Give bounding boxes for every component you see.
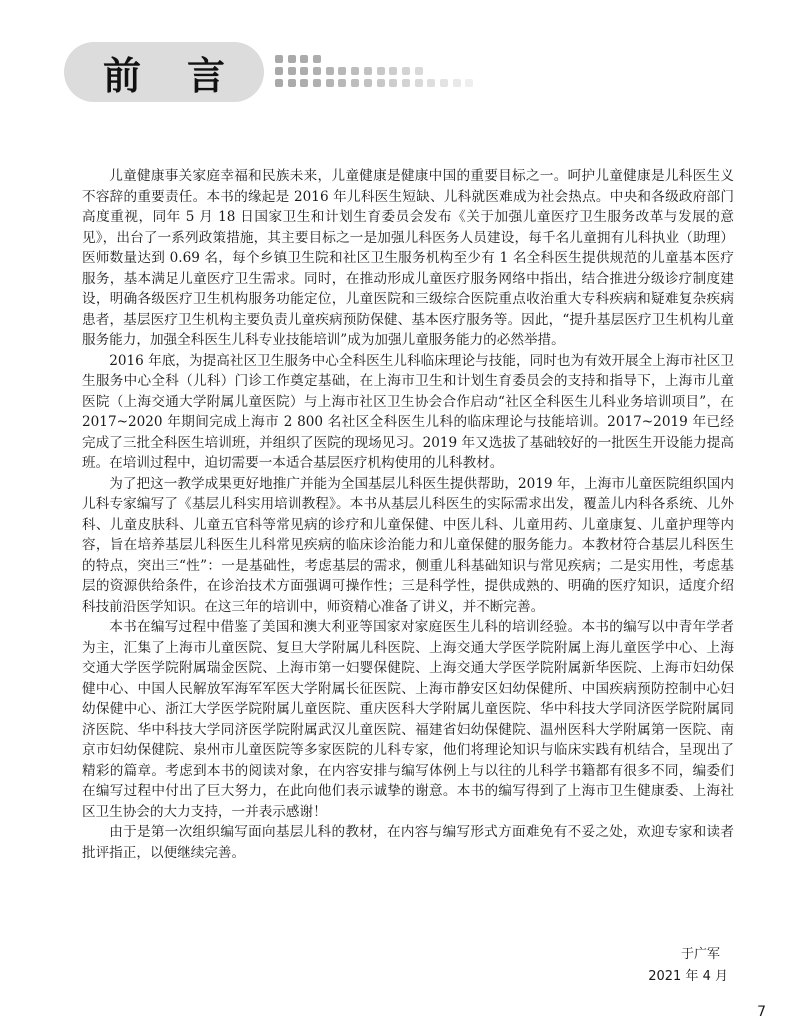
- dot: [288, 79, 296, 87]
- dot: [300, 67, 308, 75]
- page-title-char-1: 前: [103, 45, 141, 100]
- author-name: 于广军: [648, 944, 728, 966]
- dot: [288, 67, 296, 75]
- dot: [453, 79, 461, 87]
- dot: [415, 67, 423, 75]
- dot: [275, 55, 283, 63]
- dot-row: [275, 55, 473, 63]
- dot: [351, 67, 359, 75]
- dot: [465, 79, 473, 87]
- dot: [275, 67, 283, 75]
- signature-block: 于广军 2021 年 4 月: [648, 944, 728, 988]
- signature-date: 2021 年 4 月: [648, 966, 728, 988]
- paragraph-3: 为了把这一教学成果更好地推广并能为全国基层儿科医生提供帮助，2019 年，上海市…: [82, 474, 734, 618]
- dot: [338, 79, 346, 87]
- dot: [377, 79, 385, 87]
- dot: [313, 67, 321, 75]
- dot: [440, 79, 448, 87]
- dot: [415, 79, 423, 87]
- dot: [364, 67, 372, 75]
- dot-row: [275, 67, 473, 75]
- paragraph-1: 儿童健康事关家庭幸福和民族未来，儿童健康是健康中国的重要目标之一。呵护儿童健康是…: [82, 166, 734, 351]
- dot: [326, 79, 334, 87]
- dot: [377, 67, 385, 75]
- dot: [338, 67, 346, 75]
- dot: [427, 79, 435, 87]
- dot: [313, 79, 321, 87]
- dot: [389, 67, 397, 75]
- dot: [300, 79, 308, 87]
- dot: [288, 55, 296, 63]
- dot: [364, 79, 372, 87]
- page-title-char-2: 言: [187, 45, 225, 100]
- page-number: 7: [757, 1004, 766, 1020]
- dot: [402, 67, 410, 75]
- dot-row: [275, 79, 473, 87]
- dot: [402, 79, 410, 87]
- paragraph-4: 本书在编写过程中借鉴了美国和澳大利亚等国家对家庭医生儿科的培训经验。本书的编写以…: [82, 617, 734, 822]
- page-title: 前 言: [64, 42, 264, 102]
- paragraph-2: 2016 年底，为提高社区卫生服务中心全科医生儿科临床理论与技能，同时也为有效开…: [82, 351, 734, 474]
- dot: [389, 79, 397, 87]
- dot: [326, 67, 334, 75]
- dot: [313, 55, 321, 63]
- paragraph-5: 由于是第一次组织编写面向基层儿科的教材，在内容与编写形式方面难免有不妥之处，欢迎…: [82, 822, 734, 863]
- dot: [300, 55, 308, 63]
- dot: [275, 79, 283, 87]
- dot: [351, 79, 359, 87]
- preface-body: 儿童健康事关家庭幸福和民族未来，儿童健康是健康中国的重要目标之一。呵护儿童健康是…: [82, 166, 734, 863]
- decorative-dot-pattern: [275, 55, 473, 91]
